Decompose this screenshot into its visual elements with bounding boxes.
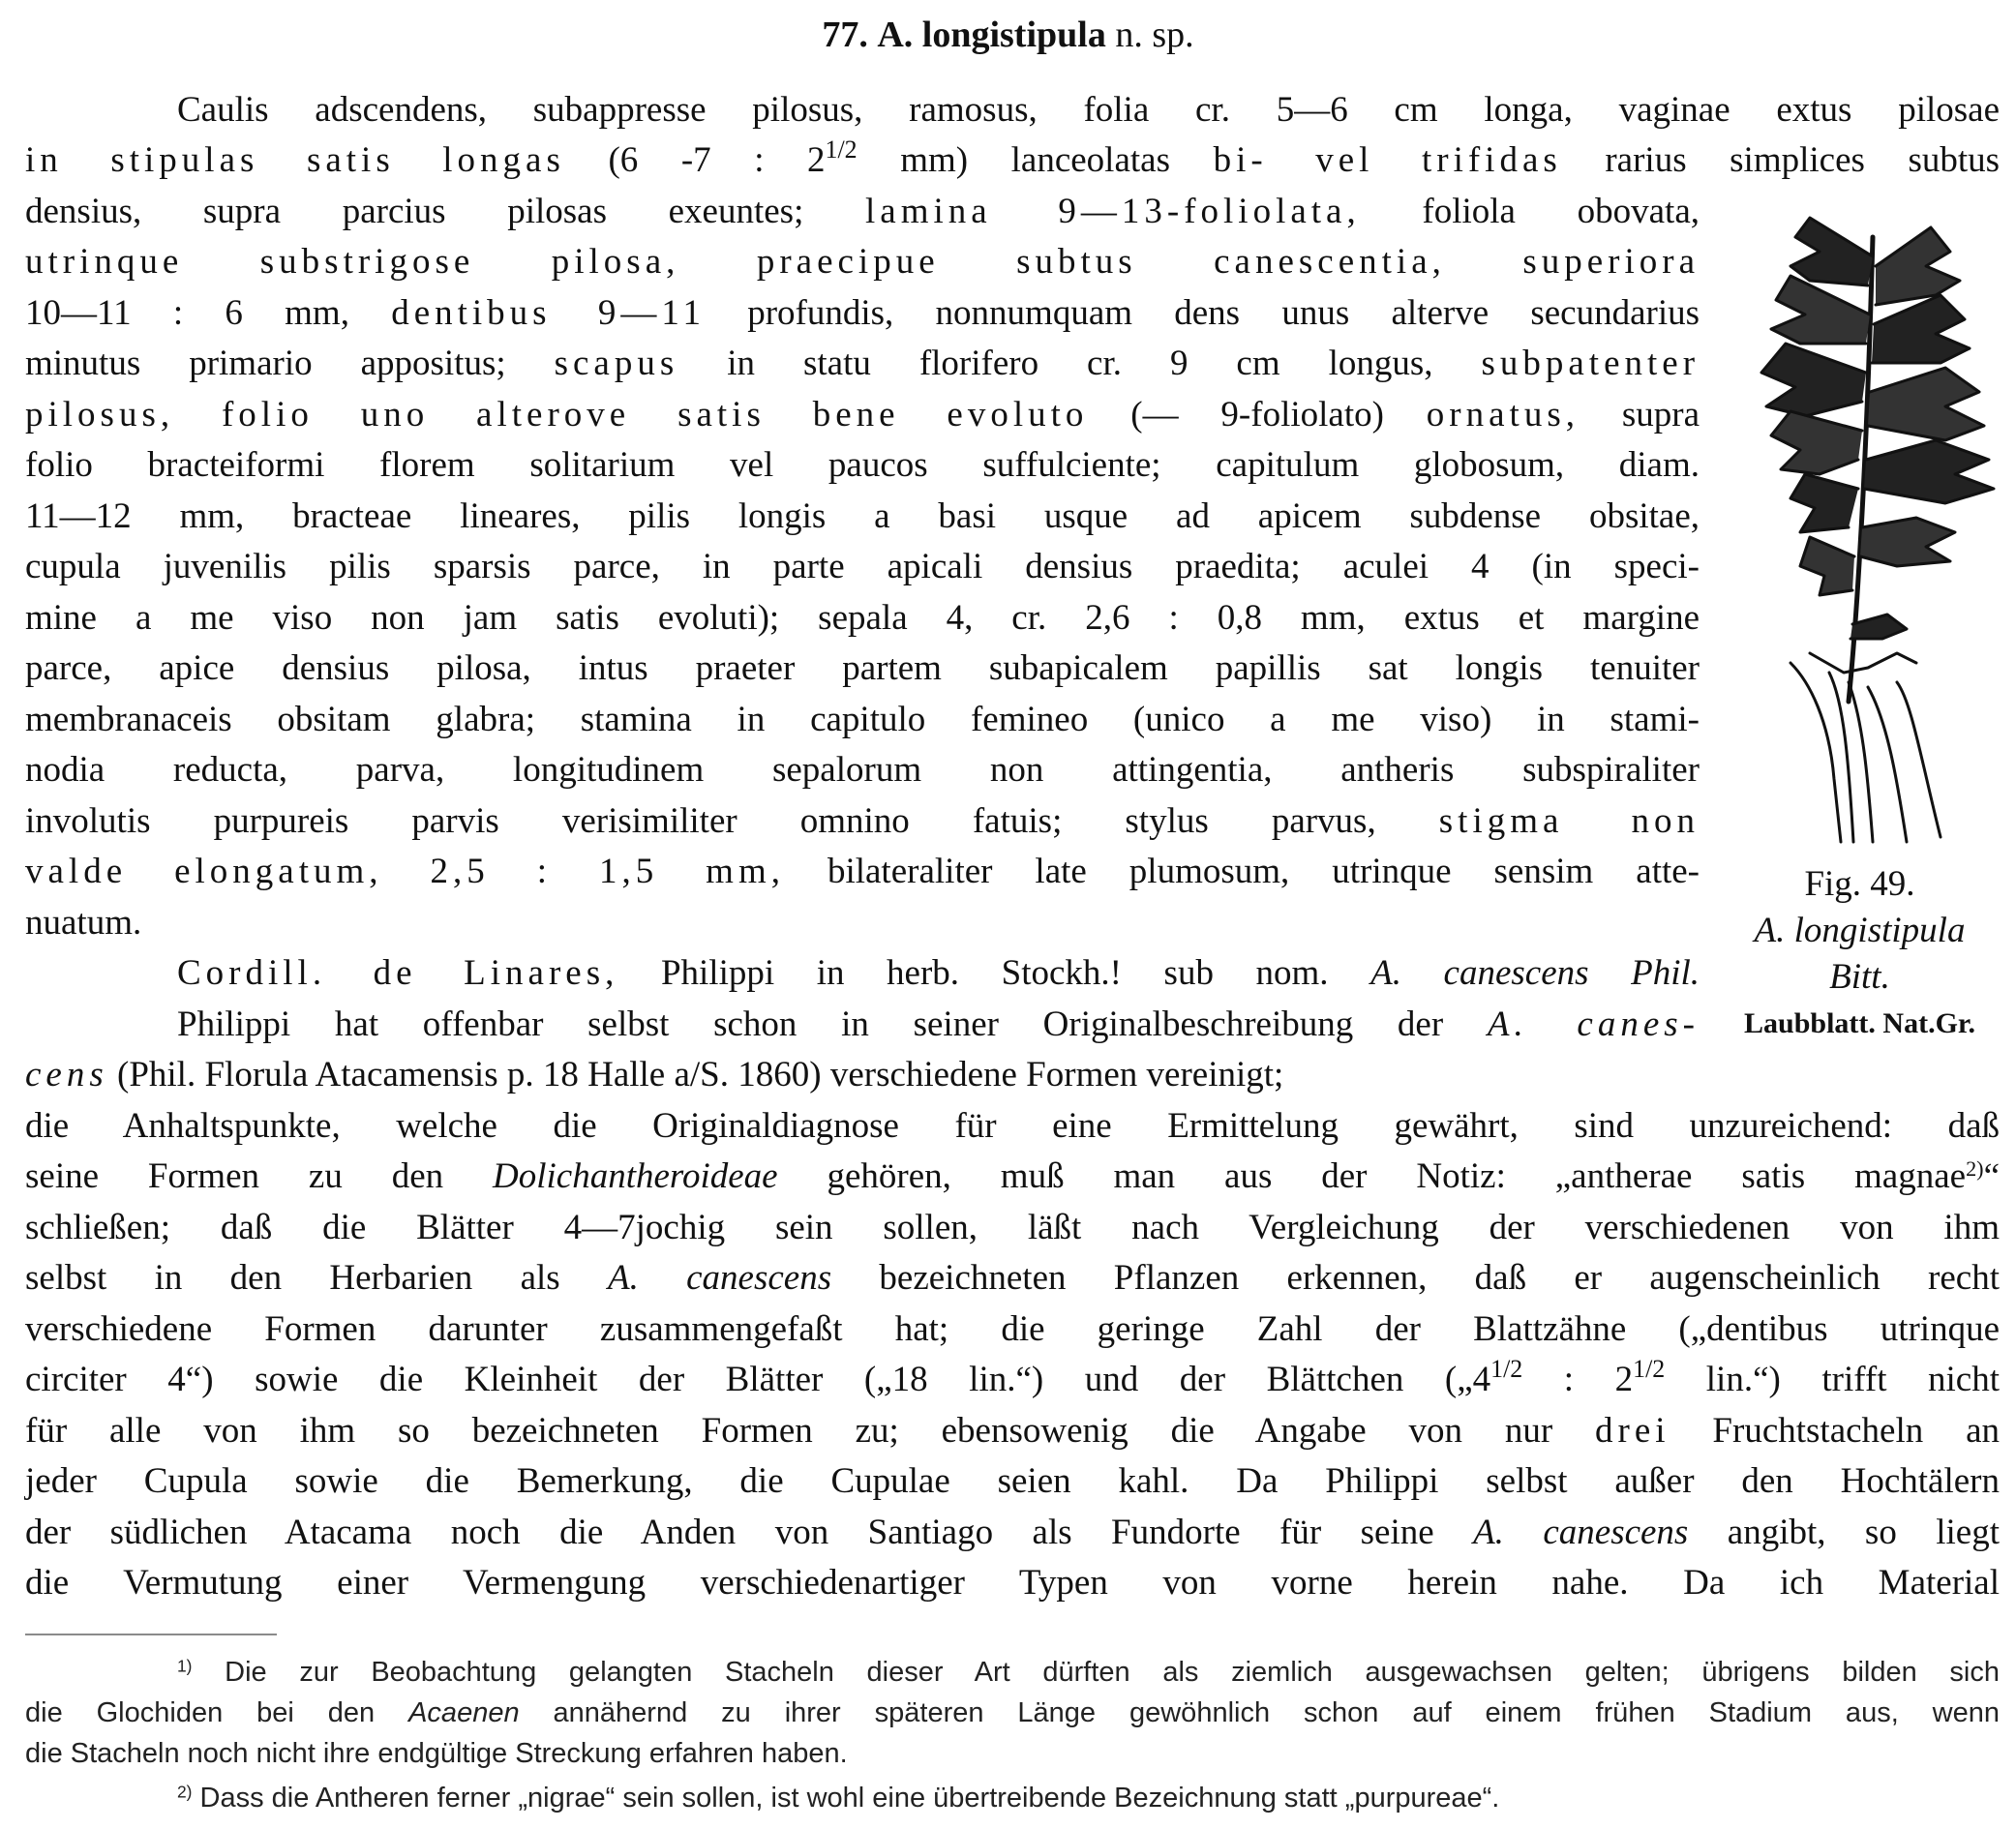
species-status: n. sp. [1115,15,1193,55]
text-span: Die zur Beobachtung gelangten Stacheln d… [225,1657,2000,1688]
text-span: stigma non [1439,801,1700,841]
text-span: in statu florifero cr. 9 cm longus, [727,344,1432,383]
discussion-line-5: schließen; daß die Blätter 4—7jochig sei… [25,1203,2000,1253]
figure-taxon: A. longistipula [1755,911,1966,950]
discussion-line-8: circiter 4“) sowie die Kleinheit der Blä… [25,1355,2000,1405]
footnote-ref: 2) [1966,1156,1983,1181]
text-span: circiter 4“) sowie die Kleinheit der Blä… [25,1360,1490,1399]
description-line-2: in stipulas satis longas (6 -7 : 21/2 mm… [25,135,2000,186]
text-span: ornatus, [1427,395,1580,435]
text-span: mm) lanceolatas [900,140,1170,180]
text-span: seine Formen zu den [25,1156,443,1196]
text-span: Dass die Antheren ferner „nigrae“ sein s… [200,1783,1500,1814]
text-span: Philippi hat offenbar selbst schon in se… [177,1004,1443,1044]
text-span: bi- vel trifidas [1214,140,1562,180]
text-span: Fruchtstacheln an [1712,1411,2000,1451]
text-span: scapus [555,344,679,383]
text-span: : 2 [1522,1360,1633,1399]
text-span: Cordill. de Linares, [177,953,618,993]
species-name: A. longistipula [877,15,1106,55]
text-span: (Phil. Florula Atacamensis p. 18 Halle a… [117,1055,1283,1094]
description-line-1: Caulis adscendens, subappresse pilosus, … [25,85,2000,135]
species-heading: 77. A. longistipula n. sp. [0,10,2016,60]
description-line-5: 10—11 : 6 mm, dentibus 9—11 profundis, n… [25,288,1700,339]
text-span: für alle von ihm so bezeichneten Formen … [25,1411,1552,1451]
taxon-name: Dolichantheroideae [493,1156,778,1196]
fraction: 1/2 [1633,1355,1665,1383]
text-span: bezeichneten Pflanzen erkennen, daß er a… [879,1258,2000,1298]
text-span: densius, supra parcius pilosas exeuntes; [25,192,803,231]
taxon-name: A. canescens [1473,1513,1688,1552]
figure-caption: Fig. 49. A. longistipula Bitt. Laubblatt… [1703,861,2016,1047]
figure-author: Bitt. [1829,957,1890,997]
figure-label: Fig. 49. [1703,861,2016,908]
description-line-15: involutis purpureis parvis verisimiliter… [25,796,1700,847]
description-line-10: cupula juvenilis pilis sparsis parce, in… [25,542,1700,592]
description-line-6: minutus primario appositus; scapus in st… [25,339,1700,389]
taxon-name: A. canescens Phil. [1370,953,1700,993]
text-span: drei [1595,1411,1670,1451]
text-span: annähernd zu ihrer späteren Länge gewöhn… [554,1697,2000,1728]
fraction: 1/2 [826,135,858,164]
text-span: lamina 9—13-foliolata, [865,192,1361,231]
text-span: gehören, muß man aus der Notiz: „anthera… [827,1156,1966,1196]
text-span: rarius simplices subtus [1605,140,2000,180]
description-line-14: nodia reducta, parva, longitudinem sepal… [25,745,1700,795]
text-span: 10—11 : 6 mm, [25,293,349,333]
text-span: (— 9-foliolato) [1130,395,1384,435]
plant-leaf-illustration-icon [1752,198,2003,847]
text-span: angibt, so liegt [1728,1513,2000,1552]
description-line-17: nuatum. [25,898,1700,948]
species-number: 77. [822,15,868,55]
text-span: selbst in den Herbarien als [25,1258,560,1298]
locality-line: Cordill. de Linares, Philippi in herb. S… [25,948,1700,999]
discussion-line-4: seine Formen zu den Dolichantheroideae g… [25,1152,2000,1202]
description-line-9: 11—12 mm, bracteae lineares, pilis longi… [25,492,1700,542]
footnote-1-line-2: die Glochiden bei den Acaenen annähernd … [25,1694,2000,1732]
discussion-line-10: jeder Cupula sowie die Bemerkung, die Cu… [25,1456,2000,1507]
text-span: in stipulas satis longas [25,140,565,180]
text-span: minutus primario appositus; [25,344,506,383]
description-line-7: pilosus, folio uno alterove satis bene e… [25,390,1700,440]
text-span: dentibus 9—11 [391,293,706,333]
taxon-name: A. canes- [1488,1004,1700,1044]
text-span: pilosus, folio uno alterove satis bene e… [25,395,1088,435]
discussion-line-12: die Vermutung einer Vermengung verschied… [25,1558,2000,1608]
description-line-12: parce, apice densius pilosa, intus praet… [25,644,1700,694]
text-span: supra [1622,395,1700,435]
footnote-mark: 1) [177,1656,192,1675]
taxon-name: Acaenen [408,1697,520,1728]
taxon-name: cens [25,1055,108,1094]
text-span: lin.“) trifft nicht [1665,1360,2000,1399]
description-line-3: densius, supra parcius pilosas exeuntes;… [25,187,1700,237]
description-line-16: valde elongatum, 2,5 : 1,5 mm, bilateral… [25,847,1700,897]
text-span: die Glochiden bei den [25,1697,375,1728]
discussion-line-3: die Anhaltspunkte, welche die Originaldi… [25,1101,2000,1152]
discussion-line-9: für alle von ihm so bezeichneten Formen … [25,1406,2000,1456]
footnote-mark: 2) [177,1782,192,1801]
text-span: involutis purpureis parvis verisimiliter… [25,801,1376,841]
footnote-divider [25,1634,277,1635]
discussion-line-1: Philippi hat offenbar selbst schon in se… [25,1000,1700,1050]
discussion-line-6: selbst in den Herbarien als A. canescens… [25,1253,2000,1304]
description-line-11: mine a me viso non jam satis evoluti); s… [25,593,1700,644]
description-line-13: membranaceis obsitam glabra; stamina in … [25,695,1700,745]
text-span: subpatenter [1481,344,1700,383]
fraction: 1/2 [1490,1355,1522,1383]
text-span: der südlichen Atacama noch die Anden von… [25,1513,1434,1552]
footnote-1-line-3: die Stacheln noch nicht ihre endgültige … [25,1734,2000,1773]
text-span: Philippi in herb. Stockh.! sub nom. [661,953,1329,993]
text-span: (6 -7 : 2 [608,140,825,180]
text-span: valde elongatum, 2,5 : 1,5 mm, [25,852,785,891]
text-span: “ [1984,1156,2000,1196]
discussion-line-7: verschiedene Formen darunter zusammengef… [25,1304,2000,1355]
footnote-2: 2) Dass die Antheren ferner „nigrae“ sei… [25,1779,2000,1817]
discussion-line-2: cens (Phil. Florula Atacamensis p. 18 Ha… [25,1050,1700,1100]
description-line-8: folio bracteiformi florem solitarium vel… [25,440,1700,491]
discussion-line-11: der südlichen Atacama noch die Anden von… [25,1508,2000,1558]
text-span: bilateraliter late plumosum, utrinque se… [827,852,1700,891]
description-line-4: utrinque substrigose pilosa, praecipue s… [25,237,1700,287]
text-span: foliola obovata, [1422,192,1700,231]
text-span: profundis, nonnumquam dens unus alterve … [747,293,1700,333]
figure-note: Laubblatt. Nat.Gr. [1703,1001,2016,1047]
taxon-name: A. canescens [608,1258,831,1298]
footnote-1-line-1: 1) Die zur Beobachtung gelangten Stachel… [25,1653,2000,1692]
